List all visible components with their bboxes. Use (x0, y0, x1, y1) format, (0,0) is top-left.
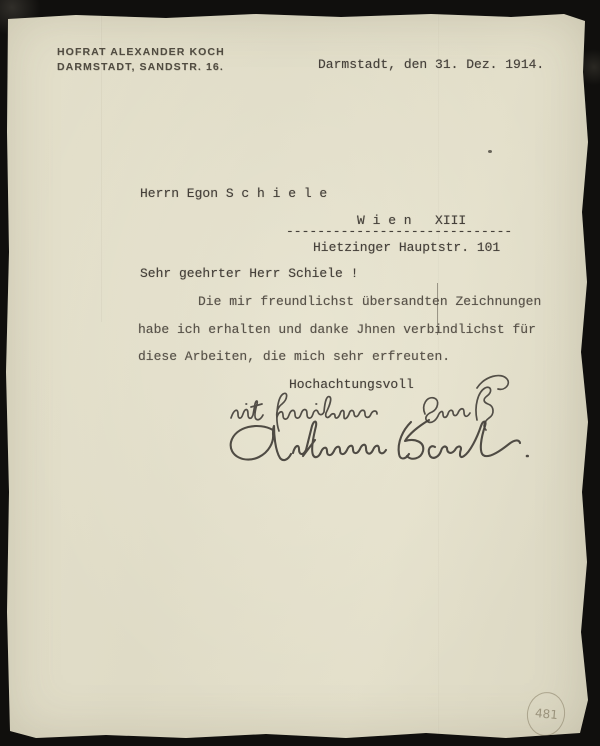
recipient-street: Hietzinger Hauptstr. 101 (313, 240, 500, 255)
ink-speck (488, 150, 492, 153)
body-line1: Die mir freundlichst übersandten Zeichnu… (198, 294, 541, 309)
recipient-name: Herrn Egon S c h i e l e (140, 186, 327, 201)
pencil-circle-annotation: 481 (524, 689, 568, 738)
handwritten-closing-script (231, 376, 508, 431)
salutation: Sehr geehrter Herr Schiele ! (140, 266, 358, 281)
letterhead-line1: HOFRAT ALEXANDER KOCH (57, 45, 225, 60)
pencil-number: 481 (534, 706, 558, 722)
body-line2: habe ich erhalten und danke Jhnen verbin… (138, 322, 536, 337)
letter-paper: HOFRAT ALEXANDER KOCH DARMSTADT, SANDSTR… (6, 12, 590, 740)
dateline: Darmstadt, den 31. Dez. 1914. (318, 57, 544, 72)
handwritten-signature-block (215, 368, 555, 480)
recipient-city-underline: ----------------------------- (286, 224, 512, 239)
body-line3: diese Arbeiten, die mich sehr erfreuten. (138, 349, 450, 364)
scan-background: HOFRAT ALEXANDER KOCH DARMSTADT, SANDSTR… (0, 0, 600, 746)
letterhead-line2: DARMSTADT, SANDSTR. 16. (57, 60, 224, 75)
handwritten-signature-name (231, 420, 528, 460)
